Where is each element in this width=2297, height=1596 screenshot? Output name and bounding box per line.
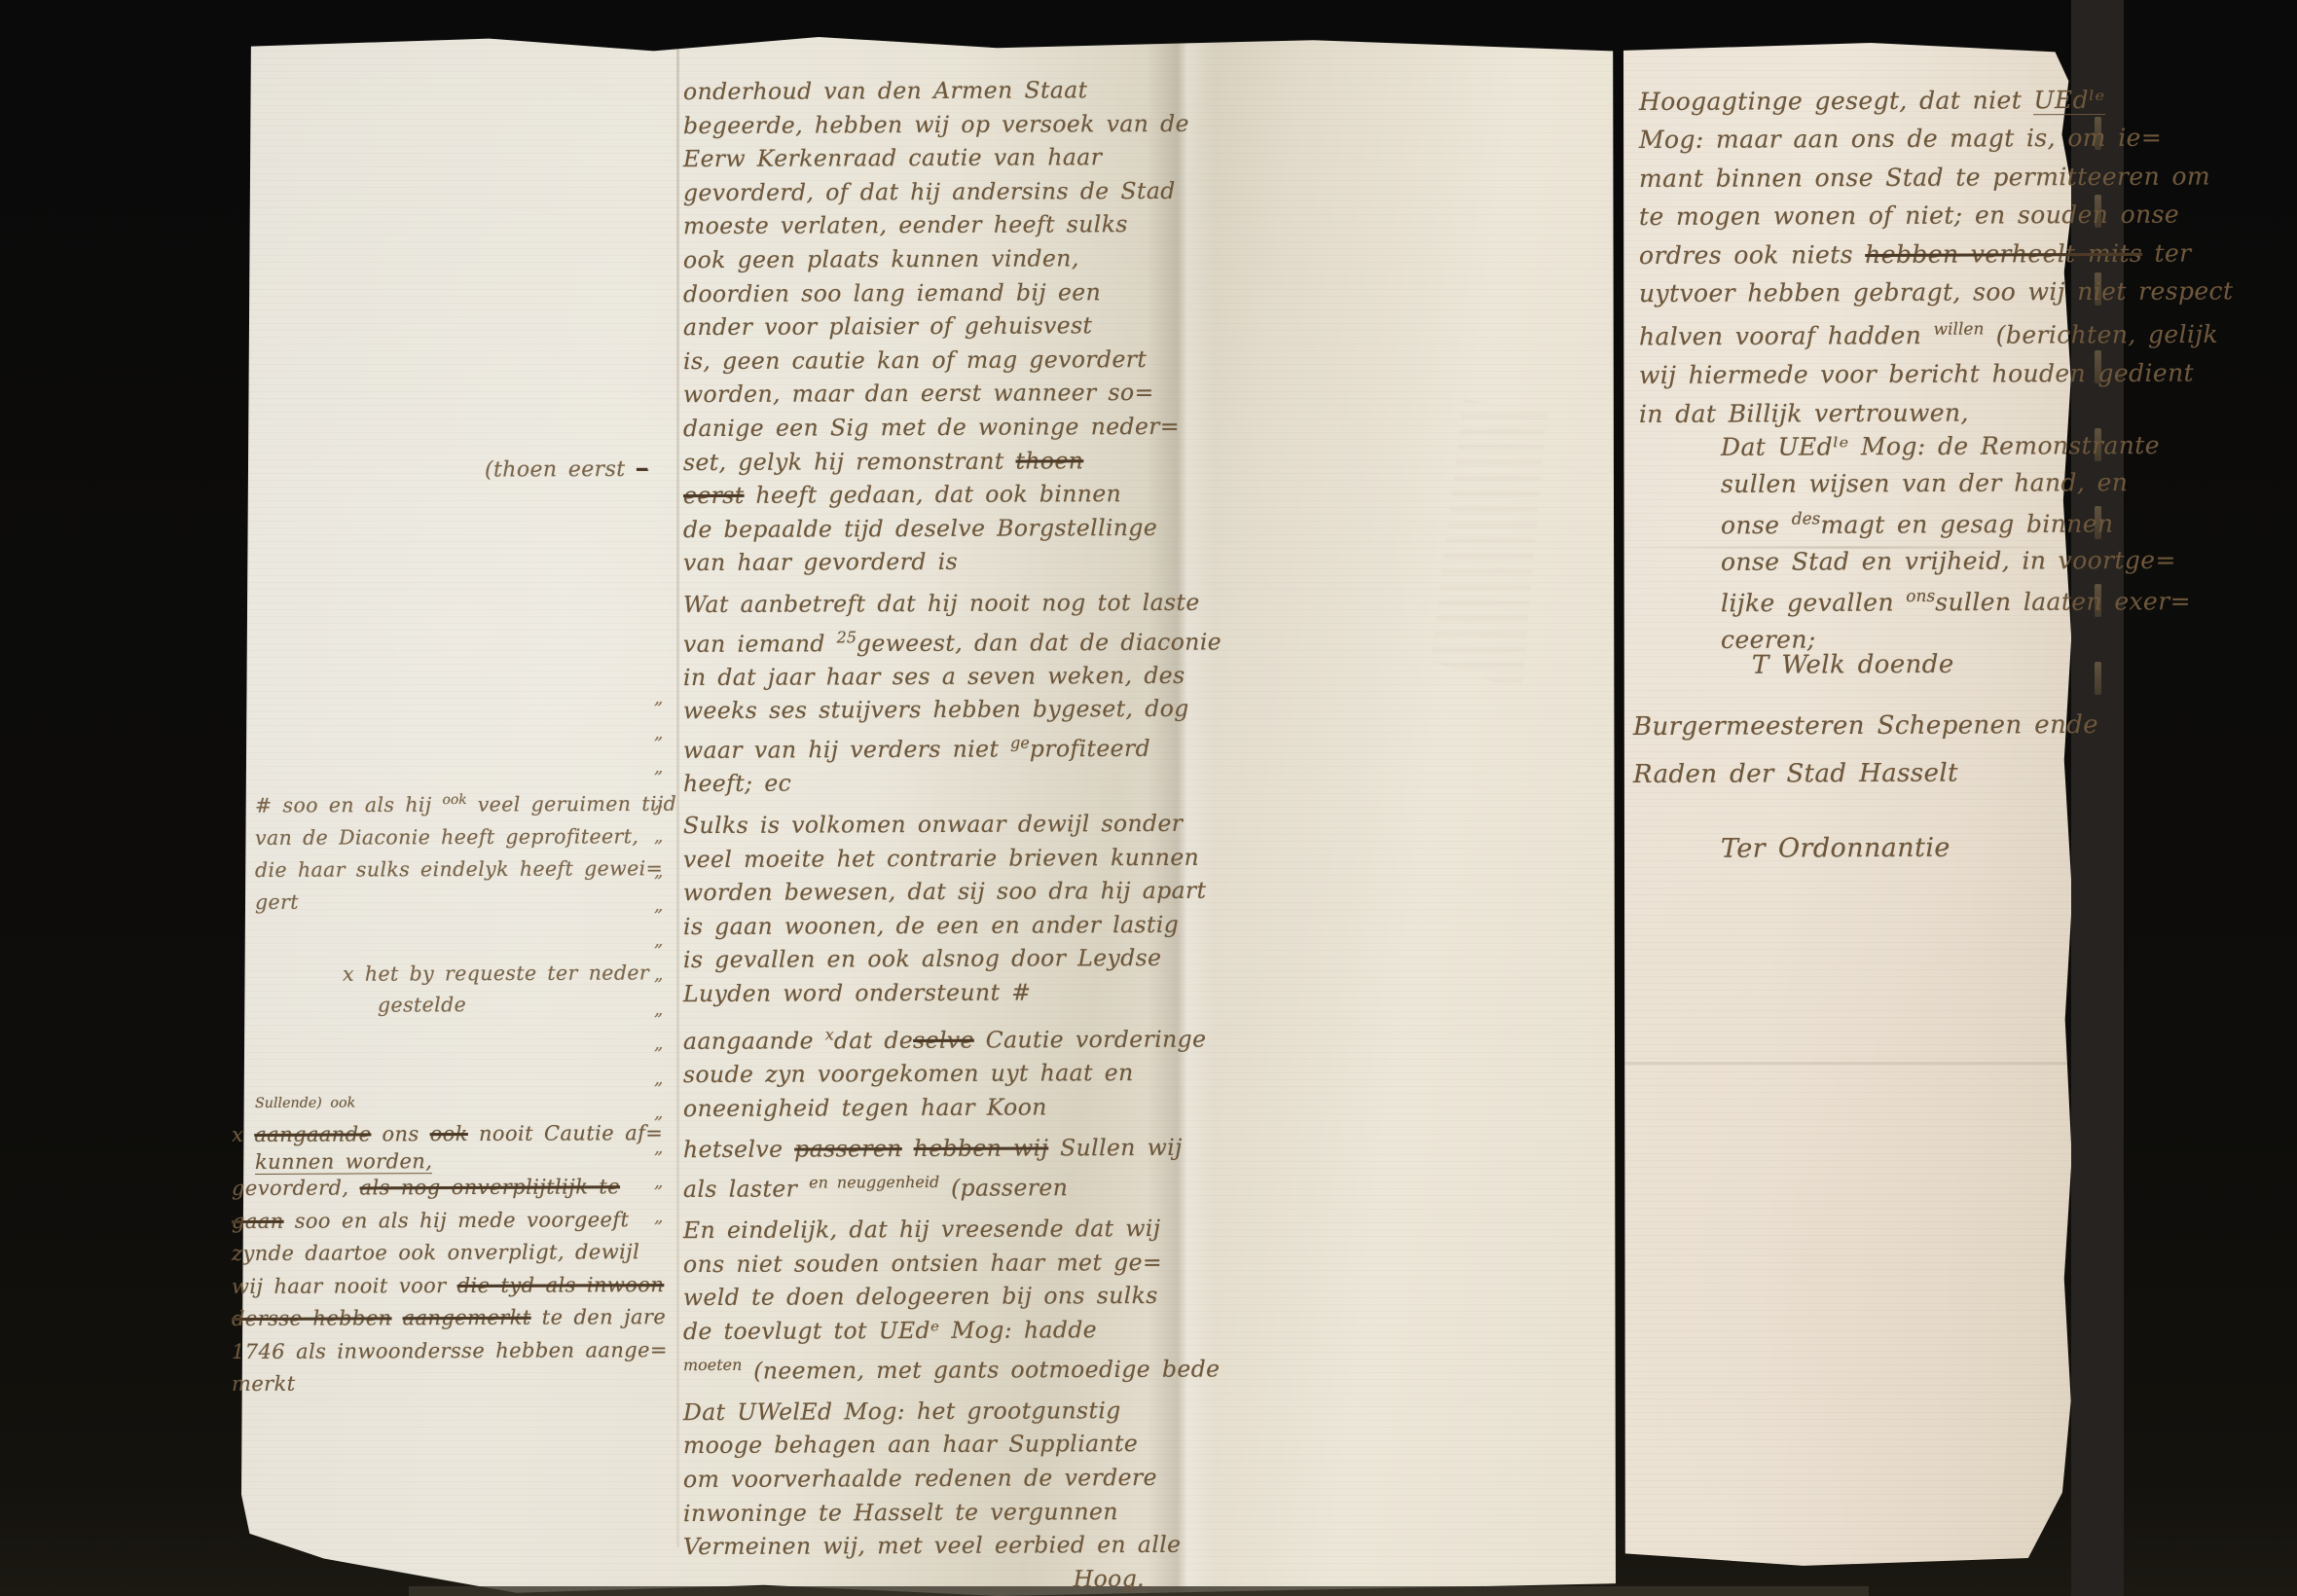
margin-note-hash: # soo en als hij ook veel geruimen tijdv… (255, 784, 674, 918)
insertion-marks-column: „ „ „ „ „ „ „ „ „ „ „ „ „ „ „ „ (654, 681, 677, 1234)
margin-note-cautie: Sullende) ookx aangaande ons ook nooit C… (232, 1092, 699, 1400)
closing-ter-ordonnantie: Ter Ordonnantie (1721, 833, 2071, 863)
text-line: x het by requeste ter neder (343, 957, 693, 990)
text-line: En eindelijk, dat hij vreesende dat wij (683, 1212, 1170, 1248)
text-line: van de Diaconie heeft geprofiteert, (255, 820, 674, 854)
text-line: de bepaalde tijd deselve Borgstellinge (683, 511, 1170, 547)
text-line: wij hiermede voor bericht houden gedient (1639, 354, 2096, 394)
text-line: weeks ses stuijvers hebben bygeset, dog (683, 692, 1170, 728)
closing-twelk-doende: T Welk doende (1752, 650, 2102, 679)
text-line: Hoogagtinge gesegt, dat niet UEdˡᵉ (1639, 81, 2096, 121)
text-line: uytvoer hebben gebragt, soo wij niet res… (1639, 272, 2096, 312)
text-line: is, geen cautie kan of mag gevordert (683, 343, 1170, 379)
text-line: onse desmagt en gesag binnen (1721, 500, 2130, 544)
text-line: hetselve passeren hebben wij Sullen wij (683, 1131, 1170, 1167)
text-line: gert (255, 885, 674, 919)
text-line: ordres ook niets hebben verheelt mits te… (1639, 235, 2096, 274)
text-line: heeft; ec (683, 765, 1170, 801)
text-line: Wat aanbetreft dat hij nooit nog tot las… (683, 586, 1170, 622)
text-line: ook geen plaats kunnen vinden, (683, 241, 1170, 277)
text-line: x aangaande ons ook nooit Cautie af= (232, 1117, 699, 1152)
text-line: als laster en neuggenheid (passeren (683, 1165, 1170, 1207)
text-line: doordien soo lang iemand bij een (683, 274, 1170, 310)
margin-note-x-requeste: x het by requeste ter nedergestelde (343, 958, 693, 1020)
text-line: gestelde (343, 988, 693, 1021)
text-line: weld te doen delogeeren bij ons sulks (683, 1279, 1170, 1315)
text-line: Sulks is volkomen onwaar dewijl sonder (683, 807, 1170, 843)
text-line: kunnen worden, (232, 1149, 699, 1173)
text-line: veel moeite het contrarie brieven kunnen (683, 841, 1170, 877)
text-line: Dat UWelEd Mog: het grootgunstig (683, 1394, 1170, 1430)
text-line: danige een Sig met de woninge neder= (683, 410, 1170, 446)
right-page-paragraph: Hoogagtinge gesegt, dat niet UEdˡᵉMog: m… (1639, 82, 2096, 432)
text-line: waar van hij verders niet geprofiteerd (683, 726, 1170, 768)
text-line: Hoog. (683, 1562, 1170, 1596)
text-line: in dat jaar haar ses a seven weken, des (683, 659, 1170, 695)
archive-photo-background: (thoen eerst ⎯ # soo en als hij ook veel… (0, 0, 2297, 1596)
text-line: dersse hebben aangemerkt te den jare (232, 1301, 699, 1336)
text-line: soude zyn voorgekomen uyt haat en (683, 1056, 1170, 1092)
text-line: Vermeinen wij, met veel eerbied en alle (683, 1528, 1170, 1564)
text-line: te mogen wonen of niet; en souden onse (1639, 196, 2096, 236)
text-line: gevorderd, als nog onverplijtlijk te (232, 1171, 699, 1206)
text-line: ons niet souden ontsien haar met ge= (683, 1246, 1170, 1282)
text-line: sullen wijsen van der hand, en (1721, 464, 2130, 502)
text-line: mant binnen onse Stad te permitteeren om (1639, 158, 2096, 198)
text-line: onse Stad en vrijheid, in voortge= (1721, 542, 2130, 580)
text-line: aangaande xdat deselve Cautie vorderinge (683, 1017, 1170, 1059)
text-line: Luyden word ondersteunt # (683, 975, 1170, 1011)
signature-burgermeesteren: Burgermeesteren Schepenen endeRaden der … (1633, 703, 2091, 798)
text-line: ander voor plaisier of gehuisvest (683, 308, 1170, 345)
text-line: merkt (232, 1366, 699, 1401)
text-line: set, gelyk hij remonstrant thoen (683, 443, 1170, 479)
text-line: gevorderd, of dat hij andersins de Stad (683, 174, 1170, 210)
text-line: lijke gevallen onssullen laaten exer= (1721, 578, 2130, 622)
text-line: die haar sulks eindelyk heeft gewei= (255, 852, 674, 887)
text-line: gaan soo en als hij mede voorgeeft (232, 1204, 699, 1239)
text-line: # soo en als hij ook veel geruimen tijd (255, 783, 674, 822)
text-line: om voorverhaalde redenen de verdere (683, 1461, 1170, 1497)
text-line: oneenigheid tegen haar Koon (683, 1089, 1170, 1125)
text-line: Ter Ordonnantie (1721, 832, 2071, 864)
text-line: zynde daartoe ook onverpligt, dewijl (232, 1236, 699, 1271)
right-page-petition-clause: Dat UEdˡᵉ Mog: de Remonstrantesullen wij… (1721, 428, 2130, 658)
text-line: is gevallen en ook alsnog door Leydse (683, 941, 1170, 977)
text-line: onderhoud van den Armen Staat (683, 73, 1170, 109)
text-line: moeste verlaten, eender heeft sulks (683, 207, 1170, 243)
text-line: eerst heeft gedaan, dat ook binnen (683, 477, 1170, 513)
text-line: Mog: maar aan ons de magt is, om ie= (1639, 119, 2096, 159)
text-line: Raden der Stad Hasselt (1633, 749, 2091, 799)
text-line: van haar gevorderd is (683, 544, 1170, 580)
text-line: halven vooraf hadden willen (berichten, … (1639, 310, 2096, 356)
text-line: de toevlugt tot UEdᵉ Mog: hadde (683, 1313, 1170, 1349)
text-line: worden, maar dan eerst wanneer so= (683, 376, 1170, 412)
text-line: Dat UEdˡᵉ Mog: de Remonstrante (1721, 427, 2130, 465)
text-line: mooge behagen aan haar Suppliante (683, 1427, 1170, 1463)
text-line: wij haar nooit voor die tyd als inwoon (232, 1269, 699, 1304)
text-line: T Welk doende (1752, 649, 2102, 680)
text-line: is gaan woonen, de een en ander lastig (683, 908, 1170, 944)
text-line: worden bewesen, dat sij soo dra hij apar… (683, 874, 1170, 910)
text-line: begeerde, hebben wij op versoek van de (683, 107, 1170, 143)
text-line: moeten (neemen, met gants ootmoedige bed… (683, 1346, 1170, 1388)
text-line: Eerw Kerkenraad cautie van haar (683, 140, 1170, 176)
text-line: Sullende) ook (232, 1091, 699, 1119)
text-line: 1746 als inwoondersse hebben aange= (232, 1334, 699, 1369)
main-text-column: onderhoud van den Armen Staatbegeerde, h… (683, 74, 1170, 1596)
text-line: Burgermeesteren Schepenen ende (1633, 702, 2091, 751)
text-line: inwoninge te Hasselt te vergunnen (683, 1495, 1170, 1531)
text-line: van iemand 25geweest, dan dat de diaconi… (683, 619, 1170, 661)
